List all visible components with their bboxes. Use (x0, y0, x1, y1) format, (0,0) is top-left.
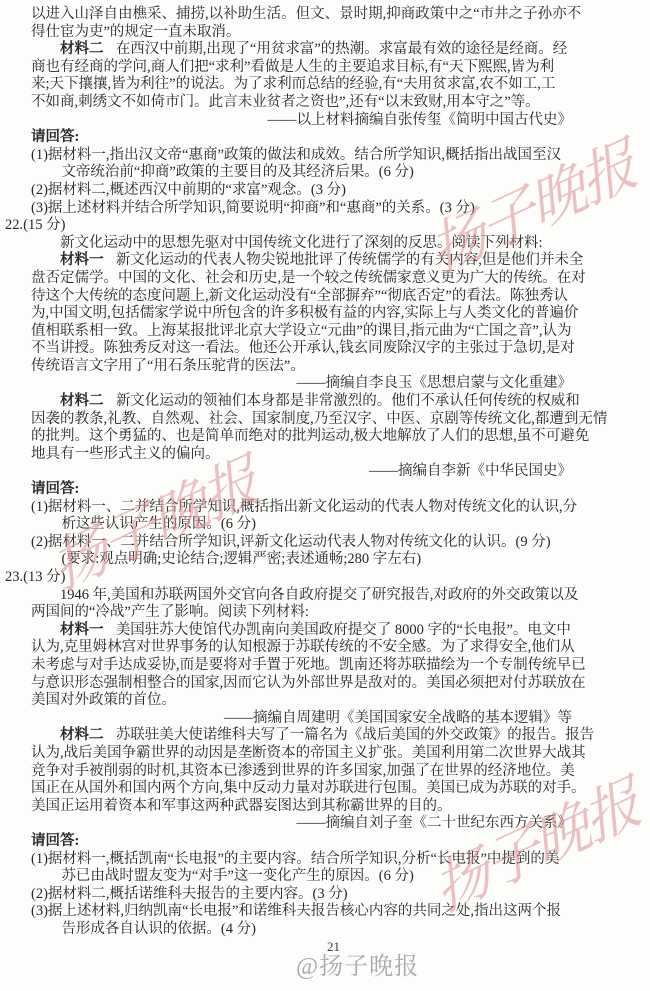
source-attribution: ——以上材料摘编自张传玺《简明中国古代史》 (31, 112, 572, 130)
paragraph-line: 认为,战后美国争霸世界的动因是垄断资本的帝国主义扩张。美国利用第二次世界大战其 (31, 745, 572, 763)
paragraph-line: 待这个大传统的态度问题上,新文化运动没有“全部摒弃”“彻底否定”的看法。陈独秀认 (31, 288, 572, 306)
paragraph-line: 两国间的“冷战”产生了影响。阅读下列材料: (31, 604, 572, 622)
paragraph-line: 的批判。这个勇猛的、也是简单而绝对的批判运动,极大地解放了人们的思想,虽不可避免 (31, 428, 572, 446)
source-attribution: ——摘编自刘子奎《二十世纪东西方关系》 (31, 815, 572, 833)
material-label: 材料一 (60, 252, 104, 268)
paragraph-line: 新文化运动中的思想先驱对中国传统文化进行了深刻的反思。阅读下列材料: (31, 235, 572, 253)
paragraph-line: 美国正运用着资本和军事这两种武器妄图达到其称霸世界的目的。 (31, 798, 572, 816)
paragraph-line: 与意识形态强制相整合的国家,因而它认为外部世界是敌对的。美国必须把对付苏联放在 (31, 675, 572, 693)
sub-question-continuation: 文帝统治前“抑商”政策的主要目的及其经济后果。(6 分) (31, 164, 572, 182)
paragraph-line: 盘否定儒学。中国的文化、社会和历史,是一个较之传统儒家意义更为广大的传统。在对 (31, 270, 572, 288)
answer-prompt: 请回答: (31, 833, 572, 851)
question-number: 22.(15 分) (5, 217, 572, 235)
paragraph-line: 材料一美国驻苏大使馆代办凯南向美国政府提交了 8000 字的“长电报”。电文中 (31, 622, 572, 640)
paragraph-line: 因袭的教条,礼教、自然观、社会、国家制度,乃至汉字、中医、京剧等传统文化,都遭到… (31, 411, 572, 429)
paragraph-line: 材料二在西汉中前期,出现了“用贫求富”的热潮。求富最有效的途径是经商。经 (31, 41, 572, 59)
paragraph-line: 为,中国文明,包括儒家学说中所包含的许多积极有益的内容,实际上与人类文化的普遍价 (31, 305, 572, 323)
paragraph-line: 来;天下攘攘,皆为利往”的说法。为了求利而总结的经验,有“夫用贫求富,农不如工,… (31, 76, 572, 94)
paragraph-line: 材料二新文化运动的领袖们本身都是非常激烈的。他们不承认任何传统的权威和 (31, 393, 572, 411)
paragraph-line: 值相联系相一致。上海某报批评北京大学设立“元曲”的课目,指元曲为“亡国之音”,认… (31, 323, 572, 341)
paragraph-line: 地具有一些形式主义的偏向。 (31, 446, 572, 464)
paragraph-text: 新文化运动的领袖们本身都是非常激烈的。他们不承认任何传统的权威和 (116, 393, 580, 409)
sub-question-line: (3)据上述材料,归纳凯南“长电报”和诺维科夫报告核心内容的共同之处,指出这两个… (31, 903, 572, 921)
sub-question-line: (2)据材料一、二并结合所学知识,评新文化运动代表人物对传统文化的认识。(9 分… (31, 534, 572, 552)
source-attribution: ——摘编自李新《中华民国史》 (31, 463, 572, 481)
sub-question-continuation: (要求:观点明确;史论结合;逻辑严密;表述通畅;280 字左右) (31, 551, 572, 569)
paragraph-line: 材料一新文化运动的代表人物尖锐地批评了传统儒学的有关内容,但是他们并未全 (31, 252, 572, 270)
material-label: 材料二 (60, 727, 104, 743)
question-number: 23.(13 分) (5, 569, 572, 587)
paragraph-line: 国正在从国外和国内两个方向,集中反动力量对苏联进行包围。美国已成为苏联的对手。 (31, 780, 572, 798)
paragraph-line: 未考虑与对手达成妥协,而是要将对手置于死地。凯南还将苏联描绘为一个专制传统早已 (31, 657, 572, 675)
paragraph-line: 得仕宦为吏”的规定一直未取消。 (31, 24, 572, 42)
paragraph-line: 竞争对手被削弱的时机,其资本已渗透到世界的许多国家,加强了在世界的经济地位。美 (31, 763, 572, 781)
exam-text: 以进入山泽自由樵采、捕捞,以补助生活。但文、景时期,抑商政策中之“市井之子孙亦不… (31, 6, 572, 938)
paragraph-text: 新文化运动的代表人物尖锐地批评了传统儒学的有关内容,但是他们并未全 (116, 252, 584, 268)
sub-question-continuation: 苏已由战时盟友变为“对手”这一变化产生的原因。(6 分) (31, 868, 572, 886)
paragraph-line: 以进入山泽自由樵采、捕捞,以补助生活。但文、景时期,抑商政策中之“市井之子孙亦不 (31, 6, 572, 24)
sub-question-continuation: 析这些认识产生的原因。(6 分) (31, 516, 572, 534)
material-label: 材料二 (60, 393, 104, 409)
sub-question-line: (1)据材料一,指出汉文帝“惠商”政策的做法和成效。结合所学知识,概括指出战国至… (31, 147, 572, 165)
paragraph-line: 材料二苏联驻美大使诺维科夫写了一篇名为《战后美国的外交政策》的报告。报告 (31, 727, 572, 745)
paragraph-line: 1946 年,美国和苏联两国外交官向各自政府提交了研究报告,对政府的外交政策以及 (31, 587, 572, 605)
source-attribution: ——摘编自李良玉《思想启蒙与文化重建》 (31, 375, 572, 393)
scanned-exam-page: 以进入山泽自由樵采、捕捞,以补助生活。但文、景时期,抑商政策中之“市井之子孙亦不… (0, 0, 650, 991)
paragraph-line: 商也有经商的学问,商人们把“求利”看做是人生的主要追求目标,有“天下熙熙,皆为利 (31, 59, 572, 77)
paragraph-text: 在西汉中前期,出现了“用贫求富”的热潮。求富最有效的途径是经商。经 (116, 41, 568, 57)
paragraph-line: 美国对外政策的首位。 (31, 692, 572, 710)
paragraph-text: 美国驻苏大使馆代办凯南向美国政府提交了 8000 字的“长电报”。电文中 (116, 622, 571, 638)
sub-question-line: (2)据材料二,概述西汉中前期的“求富”观念。(3 分) (31, 182, 572, 200)
paragraph-line: 认为,克里姆林宫对世界事务的认知根源于苏联传统的不安全感。为了求得安全,他们从 (31, 639, 572, 657)
material-label: 材料一 (60, 622, 104, 638)
answer-prompt: 请回答: (31, 481, 572, 499)
source-attribution: ——摘编自周建明《美国国家安全战略的基本逻辑》等 (31, 710, 572, 728)
sub-question-line: (1)据材料一,概括凯南“长电报”的主要内容。结合所学知识,分析“长电报”中提到… (31, 851, 572, 869)
sub-question-continuation: 告形成各自认识的依据。(4 分) (31, 921, 572, 939)
material-label: 材料二 (60, 41, 104, 57)
answer-prompt: 请回答: (31, 129, 572, 147)
footer-watermark-handle: @扬子晚报 (296, 946, 419, 981)
sub-question-line: (1)据材料一、二并结合所学知识,概括指出新文化运动的代表人物对传统文化的认识,… (31, 499, 572, 517)
sub-question-line: (2)据材料二,概括诺维科夫报告的主要内容。(3 分) (31, 886, 572, 904)
paragraph-line: 传统语言文字用了“用石条压驼背的医法”。 (31, 358, 572, 376)
paragraph-line: 不如商,刺绣文不如倚市门。此言末业贫者之资也”,还有“以末致财,用本守之”等。 (31, 94, 572, 112)
paragraph-text: 苏联驻美大使诺维科夫写了一篇名为《战后美国的外交政策》的报告。报告 (116, 727, 595, 743)
sub-question-line: (3)据上述材料并结合所学知识,简要说明“抑商”和“惠商”的关系。(3 分) (31, 200, 572, 218)
paragraph-line: 不当讲授。陈独秀反对这一看法。他还公开承认,钱玄同废除汉字的主张过于急切,是对 (31, 340, 572, 358)
